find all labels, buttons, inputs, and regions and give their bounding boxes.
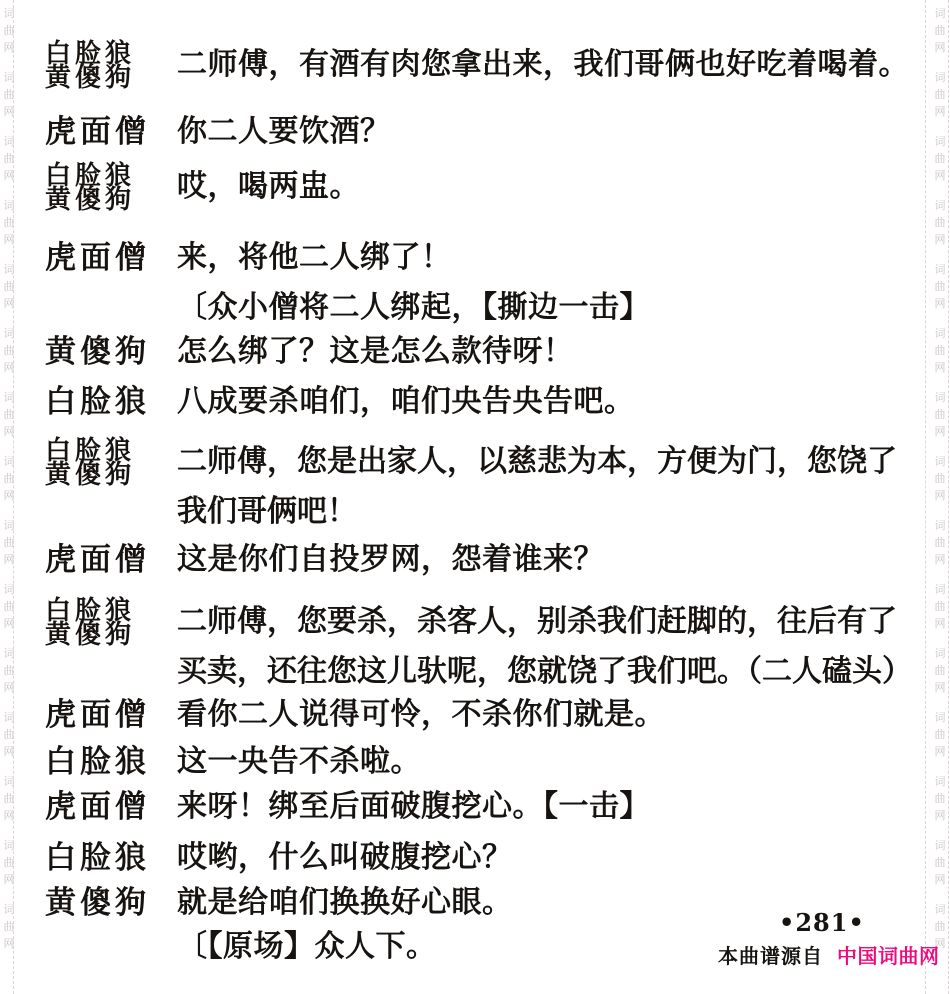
page-number: •281• bbox=[779, 908, 865, 937]
dialogue-text: 二师傅，您要杀，杀客人，别杀我们赶脚的，往后有了 买卖，还往您这儿驮呢，您就饶了… bbox=[177, 597, 925, 697]
watermark-group: 词 曲 网 bbox=[1, 69, 17, 120]
watermark-group: 词 曲 网 bbox=[1, 709, 17, 760]
speaker-name-line: 黄傻狗 bbox=[45, 623, 177, 647]
dialogue-row: 虎面僧 这是你们自投罗网，怨着谁来？ bbox=[45, 535, 925, 585]
dialogue-row: 虎面僧 来呀！绑至后面破腹挖心。【一击】 bbox=[45, 782, 925, 832]
dialogue-text: 哎哟，什么叫破腹挖心？ bbox=[177, 833, 925, 883]
speaker-name: 白脸狼 黄傻狗 bbox=[45, 162, 177, 212]
dialogue-text: 这是你们自投罗网，怨着谁来？ bbox=[177, 535, 925, 585]
watermark-group: 词 曲 网 bbox=[1, 581, 17, 632]
dialogue-text: 哎，喝两盅。 bbox=[177, 162, 925, 212]
speaker-name: 白脸狼 黄傻狗 bbox=[45, 597, 177, 647]
dialogue-text-line: 二师傅，您是出家人，以慈悲为本，方便为门，您饶了 bbox=[177, 437, 925, 487]
speaker-name: 虎面僧 bbox=[45, 535, 177, 585]
dashed-border-left bbox=[13, 0, 14, 994]
watermark-group: 词 曲 网 bbox=[1, 517, 17, 568]
watermark-group: 词 曲 网 bbox=[1, 837, 17, 888]
watermark-group: 词 曲 网 bbox=[932, 5, 948, 56]
dialogue-row: 虎面僧 来，将他二人绑了！ bbox=[45, 233, 925, 283]
watermark-group: 词 曲 网 bbox=[1, 261, 17, 312]
stage-direction-row: 〔众小僧将二人绑起，【撕边一击】 bbox=[45, 283, 925, 333]
speaker-name: 白脸狼 黄傻狗 bbox=[45, 40, 177, 90]
dialogue-text: 来，将他二人绑了！ bbox=[177, 233, 925, 283]
watermark-group: 词 曲 网 bbox=[932, 837, 948, 888]
watermark-group: 词 曲 网 bbox=[1, 773, 17, 824]
dashed-border-right-inner bbox=[925, 0, 926, 994]
scanned-script-page: 词 曲 网词 曲 网词 曲 网词 曲 网词 曲 网词 曲 网词 曲 网词 曲 网… bbox=[0, 0, 950, 994]
watermark-group: 词 曲 网 bbox=[1, 645, 17, 696]
dialogue-row: 白脸狼 黄傻狗 二师傅，您是出家人，以慈悲为本，方便为门，您饶了 我们哥俩吧！ bbox=[45, 437, 925, 537]
watermark-group: 词 曲 网 bbox=[932, 325, 948, 376]
source-credit: 本曲谱源自 中国词曲网 bbox=[718, 940, 940, 969]
dialogue-text: 二师傅，您是出家人，以慈悲为本，方便为门，您饶了 我们哥俩吧！ bbox=[177, 437, 925, 537]
watermark-group: 词 曲 网 bbox=[932, 453, 948, 504]
speaker-name: 白脸狼 bbox=[45, 377, 177, 427]
dialogue-row: 虎面僧 看你二人说得可怜，不杀你们就是。 bbox=[45, 690, 925, 740]
dashed-border-right-outer bbox=[948, 0, 949, 994]
source-credit-site: 中国词曲网 bbox=[837, 940, 940, 969]
watermark-group: 词 曲 网 bbox=[932, 69, 948, 120]
dialogue-text: 看你二人说得可怜，不杀你们就是。 bbox=[177, 690, 925, 740]
source-credit-prefix: 本曲谱源自 bbox=[718, 940, 823, 969]
watermark-group: 词 曲 网 bbox=[932, 645, 948, 696]
speaker-name: 白脸狼 黄傻狗 bbox=[45, 437, 177, 487]
watermark-group: 词 曲 网 bbox=[932, 709, 948, 760]
watermark-group: 词 曲 网 bbox=[932, 197, 948, 248]
speaker-name-line: 黄傻狗 bbox=[45, 66, 177, 90]
dialogue-text-line: 我们哥俩吧！ bbox=[177, 487, 925, 537]
speaker-name: 白脸狼 bbox=[45, 833, 177, 883]
watermark-group: 词 曲 网 bbox=[1, 133, 17, 184]
watermark-group: 词 曲 网 bbox=[932, 517, 948, 568]
watermark-group: 词 曲 网 bbox=[1, 901, 17, 952]
watermark-group: 词 曲 网 bbox=[932, 389, 948, 440]
dialogue-text: 怎么绑了？这是怎么款待呀！ bbox=[177, 327, 925, 377]
dialogue-row: 白脸狼 这一央告不杀啦。 bbox=[45, 737, 925, 787]
speaker-name-line: 黄傻狗 bbox=[45, 188, 177, 212]
watermark-group: 词 曲 网 bbox=[1, 5, 17, 56]
dialogue-text: 这一央告不杀啦。 bbox=[177, 737, 925, 787]
dialogue-row: 白脸狼 黄傻狗 二师傅，您要杀，杀客人，别杀我们赶脚的，往后有了 买卖，还往您这… bbox=[45, 597, 925, 697]
speaker-name: 虎面僧 bbox=[45, 233, 177, 283]
dialogue-row: 白脸狼 哎哟，什么叫破腹挖心？ bbox=[45, 833, 925, 883]
dialogue-text-line: 二师傅，您要杀，杀客人，别杀我们赶脚的，往后有了 bbox=[177, 597, 925, 647]
stage-direction-text: 〔众小僧将二人绑起，【撕边一击】 bbox=[177, 283, 925, 333]
speaker-name: 虎面僧 bbox=[45, 107, 177, 157]
dialogue-row: 白脸狼 黄傻狗 二师傅，有酒有肉您拿出来，我们哥俩也好吃着喝着。 bbox=[45, 40, 925, 90]
watermark-group: 词 曲 网 bbox=[1, 197, 17, 248]
speaker-name: 白脸狼 bbox=[45, 737, 177, 787]
watermark-right: 词 曲 网词 曲 网词 曲 网词 曲 网词 曲 网词 曲 网词 曲 网词 曲 网… bbox=[932, 0, 948, 994]
dialogue-text: 来呀！绑至后面破腹挖心。【一击】 bbox=[177, 782, 925, 832]
watermark-group: 词 曲 网 bbox=[1, 389, 17, 440]
dialogue-text: 你二人要饮酒？ bbox=[177, 107, 925, 157]
speaker-name: 黄傻狗 bbox=[45, 878, 177, 928]
speaker-name: 黄傻狗 bbox=[45, 327, 177, 377]
watermark-group: 词 曲 网 bbox=[932, 133, 948, 184]
dialogue-row: 黄傻狗 怎么绑了？这是怎么款待呀！ bbox=[45, 327, 925, 377]
dialogue-text: 二师傅，有酒有肉您拿出来，我们哥俩也好吃着喝着。 bbox=[177, 40, 925, 90]
watermark-left: 词 曲 网词 曲 网词 曲 网词 曲 网词 曲 网词 曲 网词 曲 网词 曲 网… bbox=[1, 0, 17, 994]
speaker-name: 虎面僧 bbox=[45, 782, 177, 832]
watermark-group: 词 曲 网 bbox=[932, 581, 948, 632]
speaker-name-line: 黄傻狗 bbox=[45, 463, 177, 487]
watermark-group: 词 曲 网 bbox=[1, 325, 17, 376]
watermark-group: 词 曲 网 bbox=[932, 261, 948, 312]
dialogue-text: 八成要杀咱们，咱们央告央告吧。 bbox=[177, 377, 925, 427]
dialogue-row: 虎面僧 你二人要饮酒？ bbox=[45, 107, 925, 157]
dialogue-row: 白脸狼 黄傻狗 哎，喝两盅。 bbox=[45, 162, 925, 212]
speaker-name: 虎面僧 bbox=[45, 690, 177, 740]
watermark-group: 词 曲 网 bbox=[932, 773, 948, 824]
dialogue-row: 白脸狼 八成要杀咱们，咱们央告央告吧。 bbox=[45, 377, 925, 427]
watermark-group: 词 曲 网 bbox=[1, 453, 17, 504]
